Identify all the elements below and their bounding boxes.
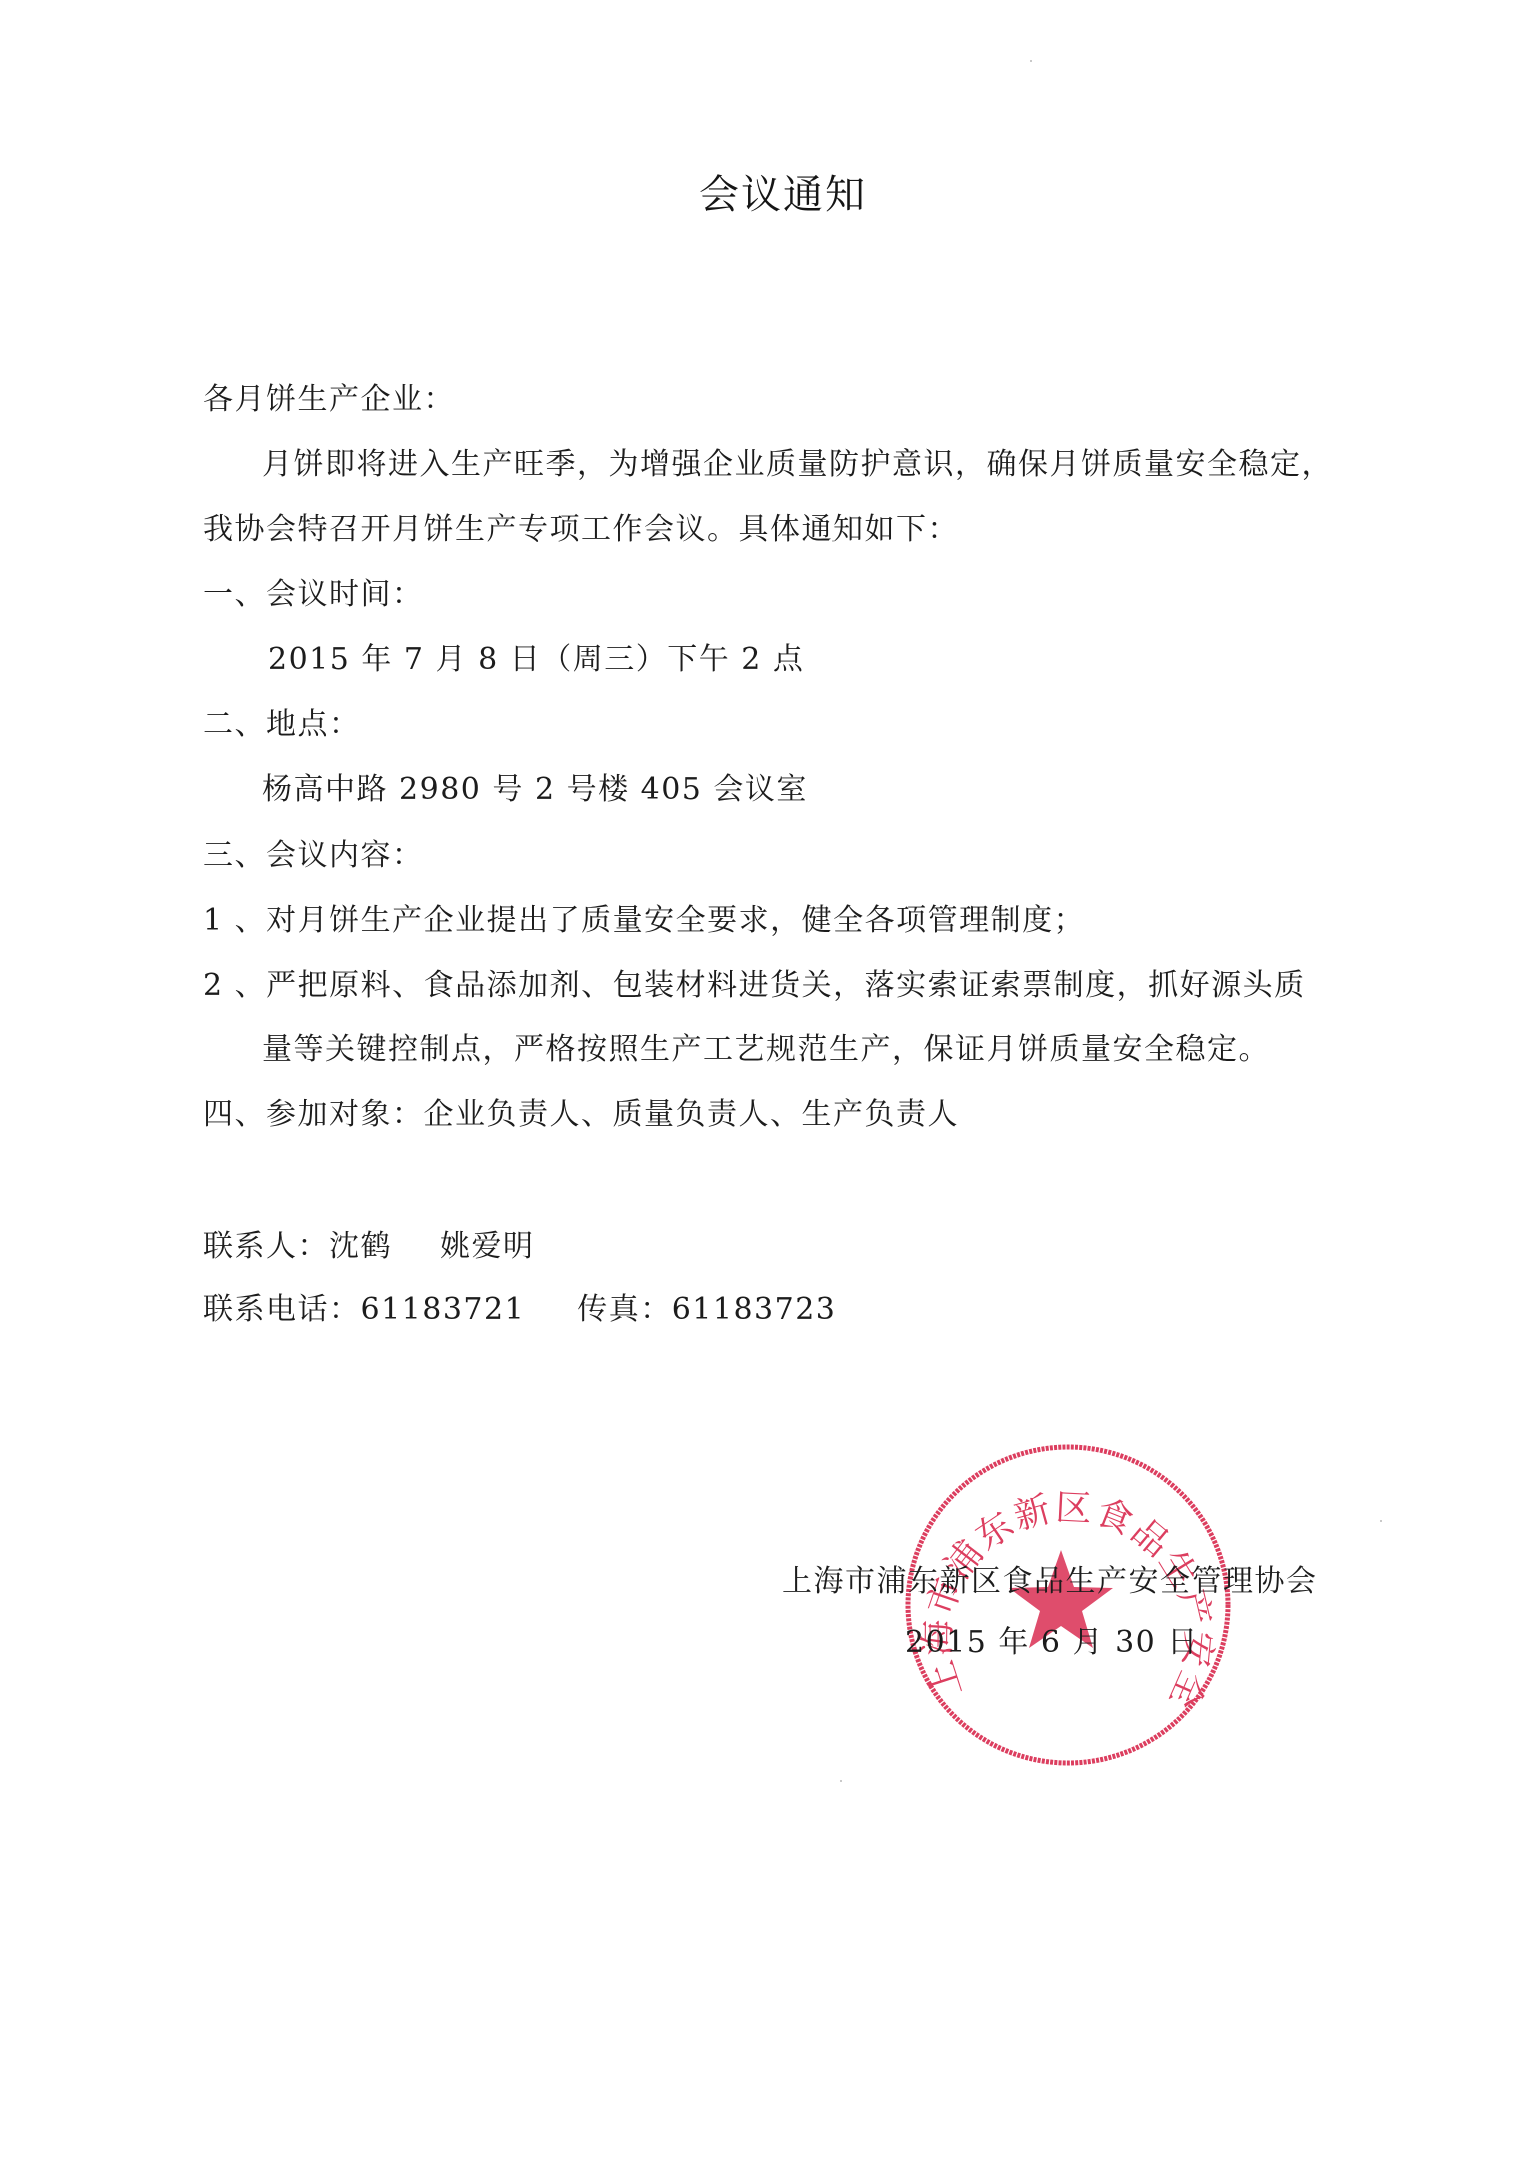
- contact-phone-fax: 联系电话：61183721传真：61183723: [203, 1290, 836, 1330]
- content-item-2-line-1: 2 、严把原料、食品添加剂、包装材料进货关，落实索证索票制度，抓好源头质: [203, 966, 1306, 1006]
- contact-person-1: 沈鹤: [329, 1229, 392, 1264]
- scan-speck: [1030, 60, 1032, 62]
- document-page: 会议通知 各月饼生产企业： 月饼即将进入生产旺季，为增强企业质量防护意识，确保月…: [0, 0, 1540, 2184]
- salutation: 各月饼生产企业：: [203, 380, 455, 420]
- section-time-heading: 一、会议时间：: [203, 575, 424, 615]
- issue-date: 2015 年 6 月 30 日: [905, 1623, 1199, 1663]
- section-location-content: 杨高中路 2980 号 2 号楼 405 会议室: [262, 770, 808, 810]
- contact-persons: 联系人：沈鹤姚爱明: [203, 1227, 535, 1267]
- fax-number: 61183723: [672, 1292, 837, 1327]
- phone-label: 联系电话：: [203, 1292, 361, 1327]
- scan-speck: [840, 1780, 842, 1782]
- content-item-1: 1 、对月饼生产企业提出了质量安全要求，健全各项管理制度；: [203, 901, 1085, 941]
- fax-label: 传真：: [577, 1292, 672, 1327]
- section-attendees: 四、参加对象：企业负责人、质量负责人、生产负责人: [203, 1095, 959, 1135]
- issuing-organization: 上海市浦东新区食品生产安全管理协会: [782, 1562, 1318, 1602]
- section-content-heading: 三、会议内容：: [203, 836, 424, 876]
- official-seal-stamp: 上海市浦东新区食品生产安全管理协会: [903, 1442, 1233, 1768]
- document-title: 会议通知: [0, 170, 1540, 220]
- section-time-content: 2015 年 7 月 8 日（周三）下午 2 点: [268, 640, 804, 680]
- section-location-heading: 二、地点：: [203, 705, 361, 745]
- contact-person-2: 姚爱明: [440, 1229, 535, 1264]
- content-item-2-line-2: 量等关键控制点，严格按照生产工艺规范生产，保证月饼质量安全稳定。: [262, 1030, 1270, 1070]
- scan-speck: [1380, 1520, 1382, 1522]
- contact-persons-label: 联系人：: [203, 1229, 329, 1264]
- intro-line-1: 月饼即将进入生产旺季，为增强企业质量防护意识，确保月饼质量安全稳定，: [262, 445, 1333, 485]
- phone-number: 61183721: [361, 1292, 526, 1327]
- intro-line-2: 我协会特召开月饼生产专项工作会议。具体通知如下：: [203, 510, 959, 550]
- scan-speck: [832, 540, 834, 542]
